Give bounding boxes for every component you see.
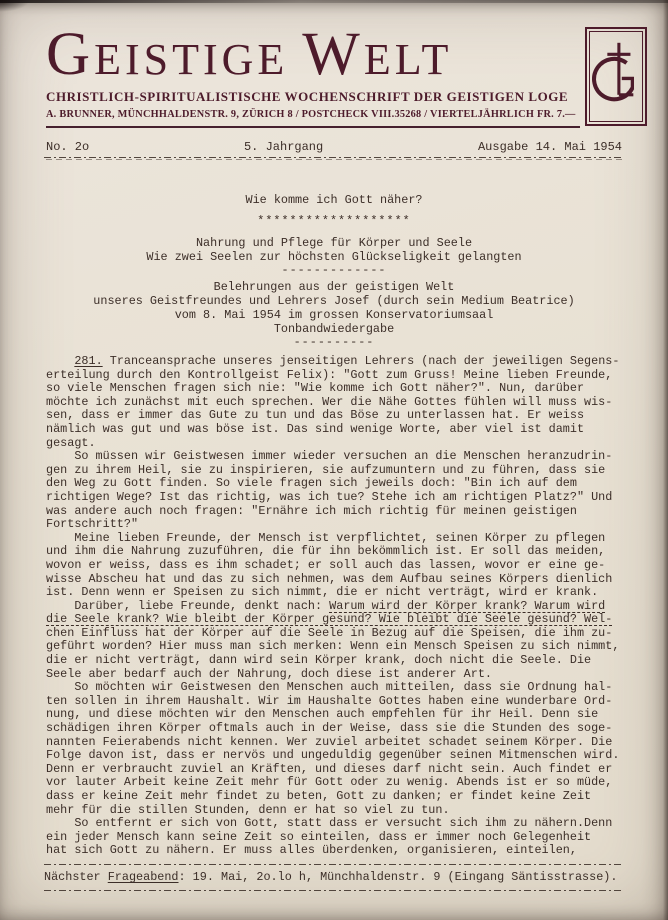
paragraph: Meine lieben Freunde, der Mensch ist ver… bbox=[46, 532, 668, 600]
logo-inner-border bbox=[589, 31, 643, 122]
masthead-address-line: A. BRUNNER, MÜNCHHALDENSTR. 9, ZÜRICH 8 … bbox=[46, 109, 668, 120]
title-text: ELT bbox=[364, 38, 453, 82]
dash-separator: ---------- bbox=[0, 336, 668, 348]
footer-rule-top bbox=[44, 863, 624, 866]
notice-event-name: Frageabend bbox=[108, 870, 179, 884]
paragraph-text: Darüber, liebe Freunde, denkt nach: bbox=[46, 599, 329, 613]
notice-details: : 19. Mai, 2o.lo h, Münchhaldenstr. 9 (E… bbox=[179, 870, 618, 884]
masthead-rule bbox=[46, 126, 580, 128]
issue-number: No. 2o bbox=[46, 140, 89, 154]
notice-lead: Nächster bbox=[44, 870, 108, 884]
title-initial: W bbox=[302, 24, 364, 85]
heading-topic-1: Nahrung und Pflege für Körper und Seele bbox=[0, 236, 668, 250]
paragraph-indent bbox=[46, 354, 74, 368]
geistige-loge-logo bbox=[585, 27, 647, 126]
article-body: 281. Tranceansprache unseres jenseitigen… bbox=[46, 355, 668, 858]
masthead-subtitle: CHRISTLICH-SPIRITUALISTISCHE WOCHENSCHRI… bbox=[46, 89, 668, 105]
issue-bar: No. 2o 5. Jahrgang Ausgabe 14. Mai 1954 bbox=[46, 140, 622, 154]
issue-bar-rule bbox=[44, 157, 624, 160]
paragraph: So müssen wir Geistwesen immer wieder ve… bbox=[46, 450, 668, 532]
heading-source-3: vom 8. Mai 1954 im grossen Konservatoriu… bbox=[0, 308, 668, 322]
paragraph-number: 281. bbox=[74, 354, 102, 368]
article-headings: Wie komme ich Gott näher? **************… bbox=[0, 193, 668, 348]
heading-source-4: Tonbandwiedergabe bbox=[0, 322, 668, 336]
gl-cross-monogram-icon bbox=[590, 32, 642, 121]
paragraph: So möchten wir Geistwesen den Menschen a… bbox=[46, 681, 668, 817]
paragraph-281: 281. Tranceansprache unseres jenseitigen… bbox=[46, 355, 668, 450]
asterisk-separator: ******************* bbox=[0, 214, 668, 228]
paragraph-text: Tranceansprache unseres jenseitigen Lehr… bbox=[46, 354, 619, 450]
issue-edition-date: Ausgabe 14. Mai 1954 bbox=[478, 140, 622, 154]
newsletter-page: GEISTIGEWELT CHRISTLICH-SPIRITUALISTISCH… bbox=[0, 0, 668, 920]
footer-rule-bottom bbox=[44, 889, 624, 892]
heading-source-2: unseres Geistfreundes und Lehrers Josef … bbox=[0, 294, 668, 308]
paragraph: So entfernt er sich von Gott, statt dass… bbox=[46, 817, 668, 858]
heading-source-1: Belehrungen aus der geistigen Welt bbox=[0, 280, 668, 294]
heading-topic-2: Wie zwei Seelen zur höchsten Glückseligk… bbox=[0, 250, 668, 264]
dash-separator: ------------- bbox=[0, 264, 668, 276]
newsletter-title: GEISTIGEWELT bbox=[46, 24, 668, 85]
paragraph-text: chen Einfluss hat der Körper auf die See… bbox=[46, 626, 619, 681]
masthead: GEISTIGEWELT CHRISTLICH-SPIRITUALISTISCH… bbox=[0, 0, 668, 120]
scan-top-edge bbox=[0, 0, 668, 3]
title-text: EISTIGE bbox=[94, 38, 288, 82]
title-initial: G bbox=[46, 24, 94, 85]
scan-corner-shadow bbox=[0, 0, 30, 12]
heading-question: Wie komme ich Gott näher? bbox=[0, 193, 668, 207]
issue-volume: 5. Jahrgang bbox=[244, 140, 323, 154]
next-event-notice: Nächster Frageabend: 19. Mai, 2o.lo h, M… bbox=[44, 870, 668, 884]
paragraph: Darüber, liebe Freunde, denkt nach: Waru… bbox=[46, 600, 668, 682]
scan-right-edge bbox=[663, 0, 668, 920]
